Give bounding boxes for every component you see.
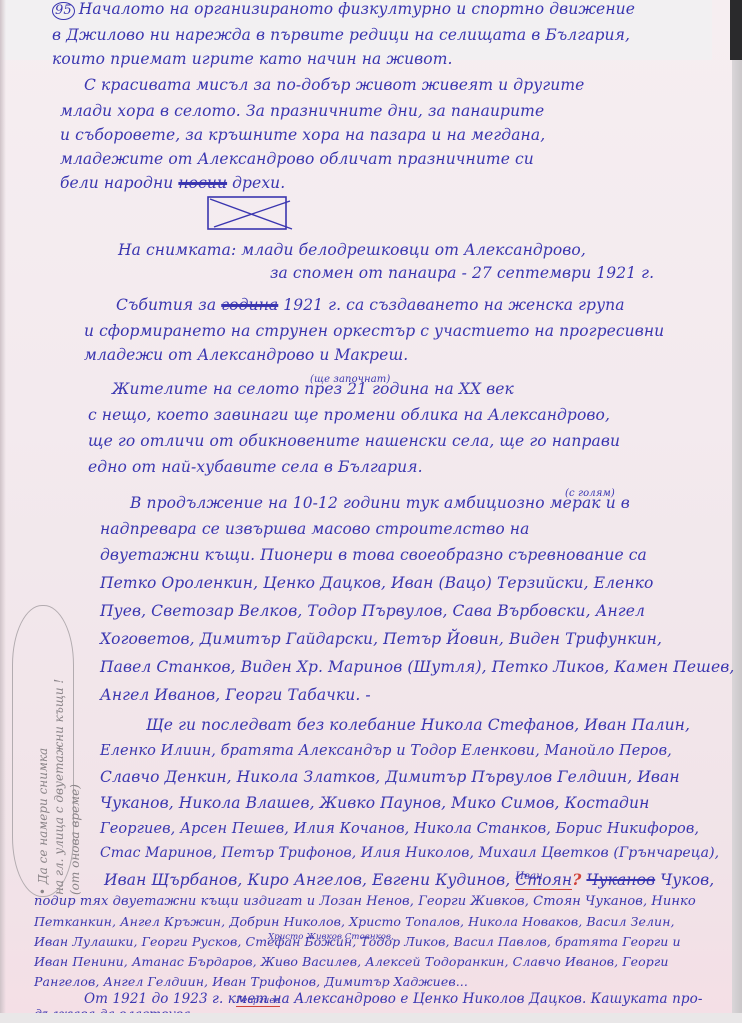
text-line: бели народни носии дрехи. [60,170,285,197]
margin-note: • Да се намери снимка на гл. улица с дву… [35,679,83,895]
text-line: Стас Маринов, Петър Трифонов, Илия Никол… [100,840,719,867]
text-line: надпревара се извършва масово строителст… [100,516,529,543]
text-line: в Джилово ни нарежда в първите редици на… [52,22,630,49]
text-line: младежи от Александрово и Макреш. [84,342,408,369]
text-line: и сформирането на струнен оркестър с уча… [84,318,664,345]
text-line: Жителите на селото през 21 година на XX … [112,376,514,403]
scan-bottom-edge [0,1013,742,1023]
text-line: младежите от Александрово обличат празни… [60,146,534,173]
text-line: Ангел Иванов, Георги Табачки. - [100,682,371,709]
text-line: Събития за година 1921 г. са създаването… [116,292,625,319]
struck-word: Чуканов [586,871,655,889]
text-line: и съборовете, за кръшните хора на пазара… [60,122,545,149]
inserted-note: Иван [515,863,543,890]
text-line: едно от най-хубавите села в България. [88,454,423,481]
page-number: 95 [52,2,75,20]
text-line: С красивата мисъл за по-добър живот живе… [84,72,584,99]
text-line: Павел Станков, Виден Хр. Маринов (Шутля)… [100,654,734,681]
photo-placeholder-icon [206,195,294,231]
photo-caption: за спомен от панаира - 27 септември 1921… [270,260,654,287]
text-line: Петко Ороленкин, Ценко Дацков, Иван (Вац… [100,570,653,597]
text-line: млади хора в селото. За празничните дни,… [60,98,544,125]
text-line: 95Началото на организираното физкултурно… [52,0,635,23]
red-question-mark: ? [572,870,581,889]
text-line: които приемат игрите като начин на живот… [52,46,453,73]
text-line: Ще ги последват без колебание Никола Сте… [146,712,690,739]
struck-word: година [221,296,278,314]
text-line: В продължение на 10-12 години тук амбици… [130,490,630,517]
text-line: ще го отличи от обикновените нашенски се… [88,428,620,455]
text-line: Пуев, Светозар Велков, Тодор Първулов, С… [100,598,645,625]
page-left-edge [0,0,6,1023]
page-edge-shadow [732,60,742,1020]
text-line: двуетажни къщи. Пионери в това своеобраз… [100,542,647,569]
text-line: Георгиев, Арсен Пешев, Илия Кочанов, Ник… [100,816,699,843]
text-line: Чуканов, Никола Влашев, Живко Паунов, Ми… [100,790,649,817]
text-line: с нещо, което завинаги ще промени облика… [88,402,610,429]
scanner-edge [730,0,742,60]
struck-word: носии [178,174,227,192]
text-line: Хоговетов, Димитър Гайдарски, Петър Йови… [100,626,662,653]
text-line: Еленко Илиин, братята Александър и Тодор… [100,738,672,765]
text-line: Славчо Денкин, Никола Златков, Димитър П… [100,764,680,791]
